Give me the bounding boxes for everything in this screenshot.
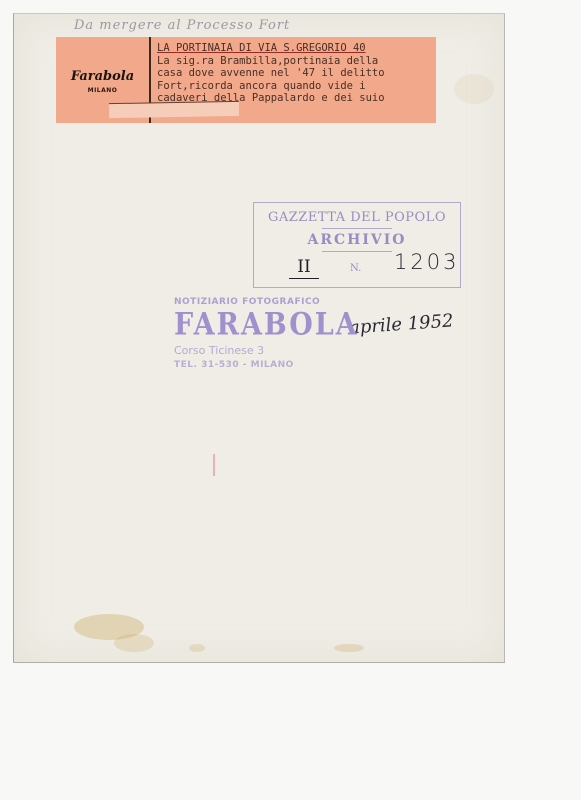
archive-stamp-number-row: II N. 1203 <box>254 256 460 282</box>
handwritten-note: Da mergere al Processo Fort <box>74 18 290 33</box>
torn-label-edge <box>109 101 239 118</box>
agency-stamp-line1: NOTIZIARIO FOTOGRAFICO <box>174 297 359 307</box>
agency-stamp-address: Corso Ticinese 3 <box>174 344 359 357</box>
handwritten-date: aprile 1952 <box>348 310 454 338</box>
caption-line: Fort,ricorda ancora quando vide i <box>157 80 385 93</box>
photo-back-paper: Da mergere al Processo Fort Farabola MIL… <box>13 13 505 663</box>
foxing-stain <box>334 644 364 652</box>
caption-line: La sig.ra Brambilla,portinaia della <box>157 55 385 68</box>
stamp-divider <box>322 251 392 252</box>
agency-brand: Farabola MILANO <box>56 69 149 94</box>
archive-stamp: GAZZETTA DEL POPOLO ARCHIVIO II N. 1203 <box>253 202 461 288</box>
agency-stamp: NOTIZIARIO FOTOGRAFICO FARABOLA Corso Ti… <box>174 297 359 370</box>
foxing-stain <box>189 644 205 652</box>
archive-stamp-title: ARCHIVIO <box>254 232 460 248</box>
archive-number-label: N. <box>350 263 361 274</box>
archive-number: 1203 <box>394 250 459 274</box>
caption-title: LA PORTINAIA DI VIA S.GREGORIO 40 <box>157 42 385 55</box>
pink-mark <box>213 454 215 476</box>
foxing-stain <box>114 634 154 652</box>
agency-stamp-phone: TEL. 31-530 - MILANO <box>174 360 359 370</box>
stamp-divider <box>322 228 392 229</box>
brand-city: MILANO <box>56 87 149 94</box>
archive-section: II <box>289 256 319 279</box>
caption-line: casa dove avvenne nel '47 il delitto <box>157 67 385 80</box>
brand-name: Farabola <box>56 69 149 84</box>
agency-stamp-name: FARABOLA <box>174 307 359 343</box>
foxing-stain <box>454 74 494 104</box>
archive-stamp-newspaper: GAZZETTA DEL POPOLO <box>254 210 460 225</box>
